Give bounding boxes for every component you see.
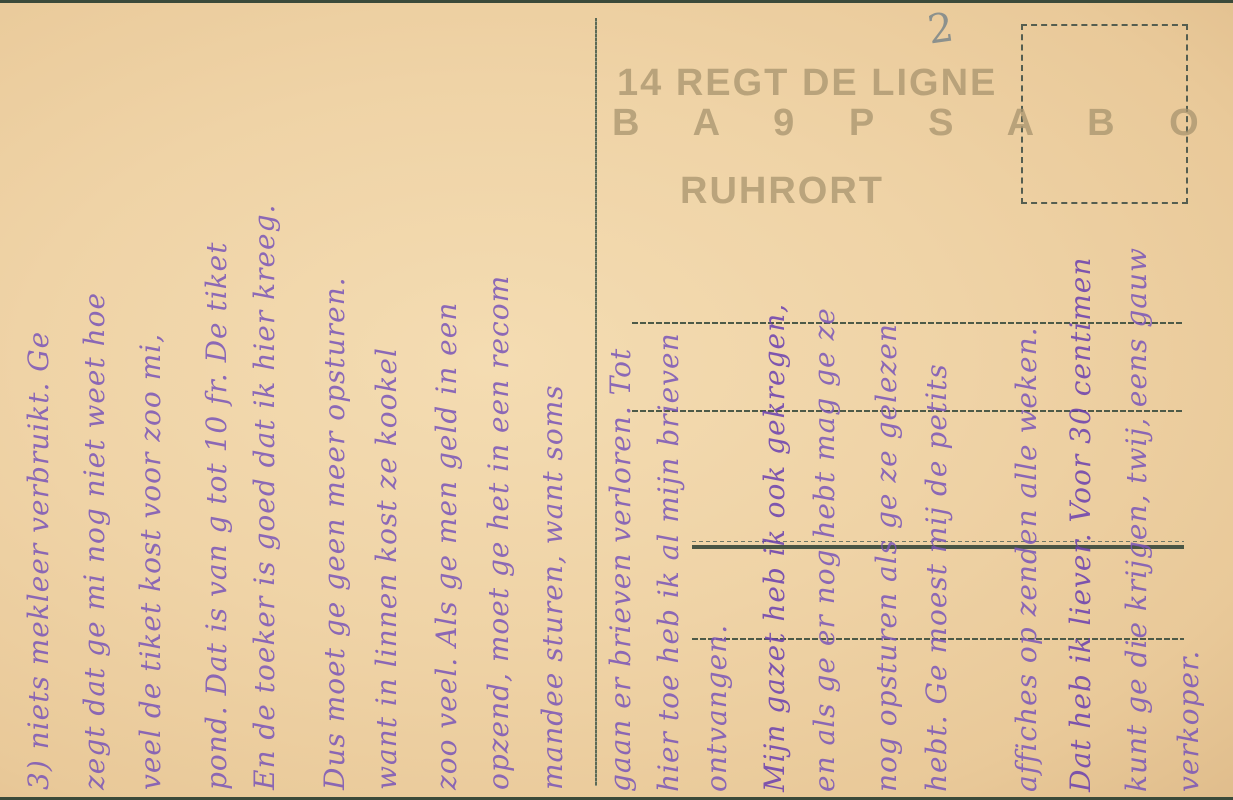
handwriting-line: Dus moet ge geen meer opsturen. — [318, 276, 351, 790]
handwriting-line: zegt dat ge mi nog niet weet hoe — [78, 292, 111, 790]
postcard-back: 2 14 REGT DE LIGNE B A 9 P S A B O RUHRO… — [0, 0, 1233, 800]
handwriting-line: verkoper. — [1172, 650, 1205, 792]
scan-edge-top — [0, 0, 1233, 3]
center-divider — [595, 18, 597, 786]
handwriting-line: en als ge er nog hebt mag ge ze — [808, 307, 841, 792]
handwriting-line: affiches op zenden alle weken. — [1010, 327, 1043, 792]
handwriting-line: hier toe heb ik al mijn brieven — [652, 332, 685, 792]
handwriting-line: veel de tiket kost voor zoo mi, — [134, 333, 167, 790]
address-line-1 — [632, 322, 1184, 324]
cancellation-line-1: 14 REGT DE LIGNE — [617, 62, 997, 105]
handwriting-line: Dat heb ik liever. Voor 30 centimen — [1064, 257, 1097, 792]
handwriting-line: ontvangen. — [700, 624, 733, 792]
handwriting-line: kunt ge die krijgen, twij, eens gauw — [1120, 247, 1153, 792]
handwriting-line: Mijn gazet heb ik ook gekregen, — [758, 303, 791, 792]
handwriting-line: hebt. Ge moest mij de petits — [920, 363, 953, 792]
cancellation-line-3: RUHRORT — [680, 170, 884, 213]
handwriting-line: opzend, moet ge het in een recom — [482, 275, 515, 790]
handwriting-line: gaan er brieven verloren. Tot — [604, 348, 637, 792]
handwriting-line: pond. Dat is van g tot 10 fr. De tiket — [200, 241, 233, 790]
handwriting-line: mandee sturen, want soms — [536, 384, 569, 790]
address-line-2 — [632, 410, 1184, 412]
handwriting-line: want in linnen kost ze kookel — [370, 347, 403, 790]
handwriting-line: En de toeker is goed dat ik hier kreeg. — [248, 204, 281, 790]
handwriting-line: 3) niets mekleer verbruikt. Ge — [22, 331, 55, 790]
pencil-mark: 2 — [925, 4, 957, 53]
handwriting-line: nog opsturen als ge ze gelezen — [870, 323, 903, 792]
handwriting-line: zoo veel. Als ge men geld in een — [430, 302, 463, 790]
cancellation-line-2: B A 9 P S A B O — [612, 102, 1221, 145]
